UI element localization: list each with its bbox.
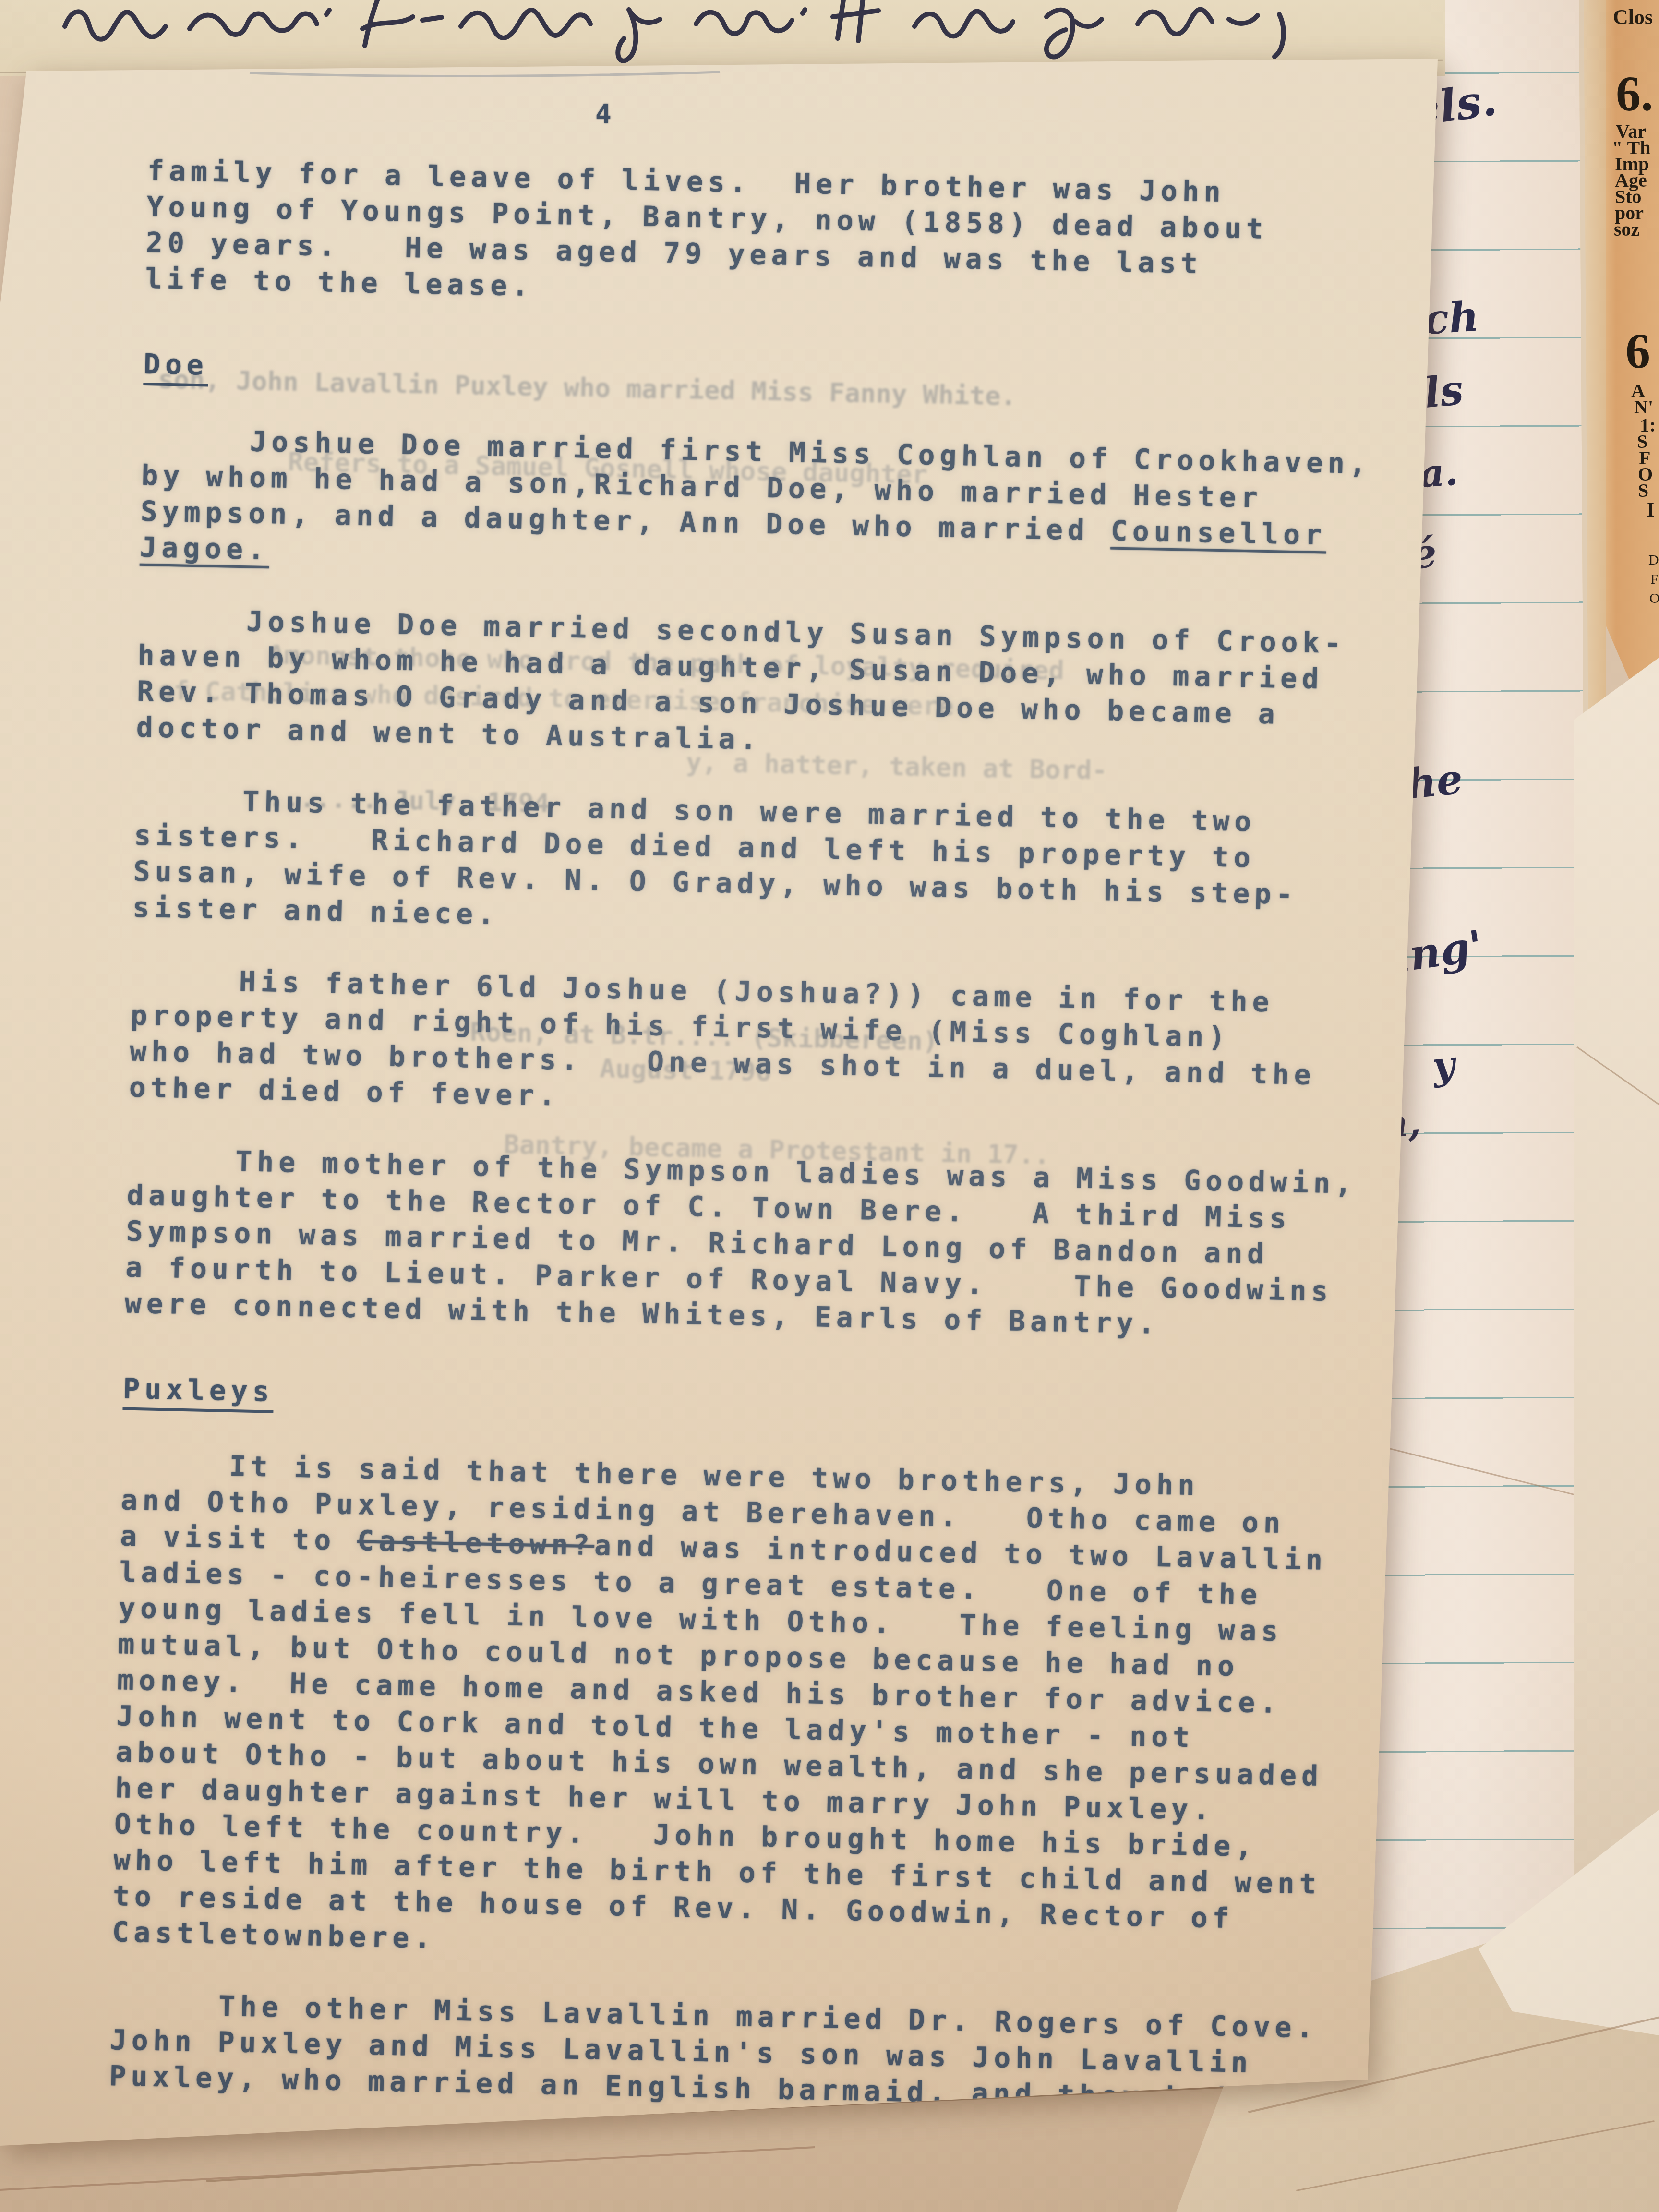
- typed-line: a fourth to Lieut. Parker of Royal Navy.…: [125, 1250, 1374, 1310]
- typed-paragraph: It is said that there were two brothers,…: [112, 1446, 1370, 1975]
- ghost-text-line: ....... July, 1794: [268, 782, 550, 818]
- typed-paragraph: Joshue Doe married secondly Susan Sympso…: [136, 601, 1386, 770]
- typed-paragraph: The other Miss Lavallin married Dr. Roge…: [109, 1986, 1359, 2119]
- typed-line: The other Miss Lavallin married Dr. Roge…: [110, 1986, 1359, 2047]
- ghost-text-line: Amongst those who trod the path of loyal…: [268, 639, 1065, 685]
- typed-line: life to the lease.: [145, 261, 1394, 322]
- typed-line: His father 6ld Joshue (Joshua?)) came in…: [131, 962, 1380, 1022]
- typed-line: other died of fever.: [129, 1070, 1377, 1130]
- typed-line: her daughter against her will to marry J…: [115, 1770, 1363, 1831]
- typed-line: Susan, wife of Rev. N. O Grady, who was …: [133, 854, 1382, 914]
- typed-line: Otho left the country. John brought home…: [114, 1806, 1362, 1867]
- typed-line: Rev. Thomas O Grady and a son Joshue Doe…: [137, 673, 1385, 734]
- typed-line: money. He came home and asked his brothe…: [117, 1662, 1365, 1723]
- typed-page: son, John Lavallin Puxley who married Mi…: [0, 0, 1659, 2212]
- typed-line: Jagoe.: [140, 529, 1388, 590]
- typed-line: to reside at the house of Rev. N. Goodwi…: [112, 1878, 1361, 1939]
- typed-line: It is said that there were two brothers,…: [121, 1446, 1370, 1507]
- typed-line: haven by whom he had a daughter, Susan D…: [137, 637, 1386, 698]
- typed-line: daughter to the Rector of C. Town Bere. …: [127, 1178, 1375, 1238]
- page-number: 4: [595, 98, 612, 130]
- typed-line: Castletownbere.: [112, 1914, 1360, 1975]
- typed-line: mutual, but Otho could not propose becau…: [118, 1626, 1366, 1687]
- typed-line: doctor and went to Australia.: [136, 709, 1384, 770]
- ghost-text-line: Bantry, became a Protestant in 17..: [504, 1129, 1050, 1170]
- typed-line: sisters. Richard Doe died and left his p…: [134, 817, 1382, 878]
- typed-line: family for a leave of lives. Her brother…: [147, 153, 1395, 214]
- typed-line: property and right of his first wife (Mi…: [130, 998, 1379, 1058]
- typed-line: about Otho - but about his own wealth, a…: [115, 1734, 1364, 1795]
- typed-page-sheet: son, John Lavallin Puxley who married Mi…: [0, 0, 1659, 2212]
- typed-line: 20 years. He was aged 79 years and was t…: [145, 225, 1394, 286]
- ghost-text-line: Roen, at B.tr.... (Skibbereen): [470, 1017, 938, 1057]
- typed-line: Thus the father and son were married to …: [134, 781, 1383, 842]
- typed-line: who had two brothers. One was shot in a …: [130, 1034, 1378, 1094]
- typed-line: by whom he had a son,Richard Doe, who ma…: [141, 457, 1390, 518]
- ghost-text-line: of Catholics who desired to exercise fra…: [158, 675, 954, 721]
- typed-paragraph: Thus the father and son were married to …: [132, 781, 1383, 950]
- typed-paragraph: Joshue Doe married first Miss Coghlan of…: [140, 421, 1390, 590]
- typed-line: a visit to Castletown?and was introduced…: [120, 1518, 1368, 1579]
- typed-line: Joshue Doe married secondly Susan Sympso…: [138, 601, 1387, 662]
- typed-line: sister and niece.: [132, 890, 1381, 950]
- typed-line: John went to Cork and told the lady's mo…: [116, 1698, 1365, 1759]
- typed-line: Puxley, who married an English barmaid, …: [109, 2058, 1358, 2119]
- typed-line: and Otho Puxley, residing at Berehaven. …: [120, 1482, 1369, 1543]
- ghost-text-line: y, a hatter, taken at Bord-: [686, 747, 1108, 786]
- typed-line: John Puxley and Miss Lavallin's son was …: [109, 2022, 1358, 2083]
- typed-line: Young of Youngs Point, Bantry, now (1858…: [146, 189, 1395, 250]
- typed-paragraph: His father 6ld Joshue (Joshua?)) came in…: [129, 962, 1379, 1130]
- typed-paragraph: The mother of the Sympson ladies was a M…: [124, 1142, 1376, 1346]
- typed-line: The mother of the Sympson ladies was a M…: [127, 1142, 1376, 1202]
- typed-line: were connected with the Whites, Earls of…: [124, 1286, 1373, 1346]
- typed-line: Joshue Doe married first Miss Coghlan of…: [142, 421, 1390, 482]
- typed-paragraph: family for a leave of lives. Her brother…: [145, 153, 1395, 322]
- ghost-text-line: Refers to a Samuel Gosnell whose daughte…: [288, 446, 928, 490]
- typed-line: ladies - co-heiresses to a great estate.…: [119, 1554, 1368, 1615]
- typed-line: Sympson, and a daughter, Ann Doe who mar…: [140, 493, 1389, 554]
- typed-line: young ladies fell in love with Otho. The…: [118, 1590, 1367, 1651]
- ghost-text-line: August 1796: [600, 1053, 772, 1087]
- top-handwriting-ink: [0, 0, 1659, 82]
- section-heading: Puxleys: [122, 1371, 1371, 1442]
- section-heading-label: Puxleys: [122, 1371, 274, 1413]
- typed-text-block: family for a leave of lives. Her brother…: [109, 153, 1396, 2119]
- typed-line: Sympson was married to Mr. Richard Long …: [126, 1214, 1374, 1274]
- photo-of-typed-document: Clos6.Var" ThImpAgeStoporsoz6AN'1:SFOSID…: [0, 0, 1659, 2212]
- typed-line: who left him after the birth of the firs…: [113, 1842, 1362, 1903]
- section-heading: Doe: [143, 347, 1392, 418]
- section-heading-label: Doe: [143, 347, 208, 387]
- ghost-text-line: son, John Lavallin Puxley who married Mi…: [158, 364, 1017, 411]
